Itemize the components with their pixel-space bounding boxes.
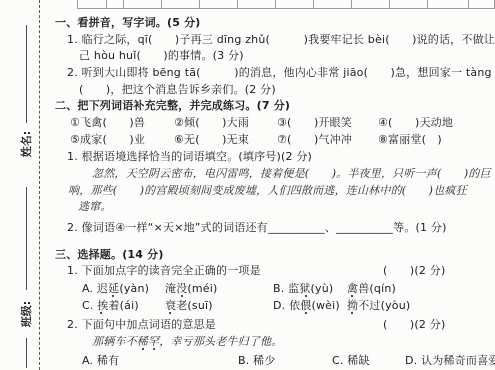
word-item-1: ①飞禽( )兽: [70, 116, 145, 129]
bottom-write-line: [26, 338, 27, 368]
section1-q2-line2: ( )，把这个消息告诉乡亲们。(2 分): [79, 83, 276, 96]
q1-option-c: C. 挨着(ái): [82, 299, 139, 312]
binding-dashed-line: [39, 0, 40, 370]
q1-option-d2: 拗不过(yòu): [347, 299, 410, 312]
section2-q1: 1. 根据语境选择恰当的词语填空。(填序号)(2 分): [67, 150, 312, 163]
class-label: 班级:: [18, 297, 34, 331]
passage-line2: 响，那些( )的宫殿顷刻间变成废墟，人们四散而逃，连山林中的( )也疯狂: [68, 184, 467, 197]
section1-q1-line2: 己 hòu huǐ( )的事情。(3 分): [79, 49, 244, 62]
q1-option-b2: 禽兽(qín): [347, 282, 396, 295]
q2-option-d: D. 认为稀奇而喜爱: [405, 354, 495, 367]
word-item-4: ④( )天动地: [378, 116, 453, 129]
emphasis-dot: [181, 295, 183, 297]
q2-answer-blank: ( )(2 分): [383, 318, 445, 331]
q1-stem: 1. 下面加点字的读音完全正确的一项是: [67, 264, 261, 277]
emphasis-dot: [351, 295, 353, 297]
section3-heading: 三、选择题。(14 分): [55, 248, 164, 261]
score-table-grid: [77, 0, 495, 9]
q1-option-a2: 淹没(méi): [165, 282, 218, 295]
q2-option-c: C. 稀缺: [332, 354, 370, 367]
section2-heading: 二、把下列词语补充完整，并完成练习。(7 分): [55, 99, 290, 112]
word-item-7: ⑦( )气冲冲: [277, 133, 352, 146]
name-write-line: [26, 25, 27, 123]
name-label: 姓名:: [18, 127, 34, 161]
section2-q2: 2. 像词语④一样“×天×地”式的词语还有__________、________…: [67, 221, 447, 234]
emphasis-dot: [351, 312, 353, 314]
emphasis-dot: [169, 312, 171, 314]
emphasis-dot: [305, 312, 307, 314]
q1-option-d: D. 依偎(wèi): [273, 299, 340, 312]
word-item-5: ⑤成家( )业: [70, 133, 145, 146]
q2-sentence: 那辆车不稀罕，幸亏那头老牛归了他。: [92, 335, 282, 348]
emphasis-dot: [305, 295, 307, 297]
q1-option-a: A. 迟延(yàn): [82, 282, 149, 295]
passage-line1: 忽然，天空阴云密布，电闪雷鸣，接着便是( )。半夜里，只听一声( )的巨: [92, 167, 491, 180]
q2-stem: 2. 下面句中加点词语的意思是: [67, 318, 216, 331]
q1-option-c2: 衰老(suī): [165, 299, 213, 312]
word-item-2: ②倾( )大雨: [174, 116, 249, 129]
word-item-6: ⑥无( )无束: [174, 133, 249, 146]
q2-option-b: B. 稀少: [238, 354, 276, 367]
section1-heading: 一、看拼音，写字词。(5 分): [55, 16, 201, 29]
section1-q1-line1: 1. 临行之际，qī( )子再三 dīng zhǔ( )我要牢记长 bèi( )…: [67, 33, 495, 46]
passage-line3: 逃窜。: [78, 200, 112, 213]
q1-option-b: B. 监狱(yù): [273, 282, 333, 295]
q2-option-a: A. 稀有: [82, 354, 119, 367]
emphasis-dot: [142, 348, 144, 350]
q1-answer-blank: ( )(2 分): [383, 264, 445, 277]
word-item-3: ③( )开眼笑: [277, 116, 352, 129]
exam-paper-page: 姓名: 班级: 一、看拼音，写字词。(5 分) 1. 临行之际，qī( )子再三…: [0, 0, 495, 370]
class-write-line: [26, 187, 27, 290]
emphasis-dot: [112, 295, 114, 297]
emphasis-dot: [100, 312, 102, 314]
section1-q2-line1: 2. 听到大山即将 bēng tā( )的消息，他内心非常 jiāo( )急，想…: [67, 66, 492, 79]
emphasis-dot: [153, 348, 155, 350]
word-item-8: ⑧富丽堂( ): [378, 133, 442, 146]
